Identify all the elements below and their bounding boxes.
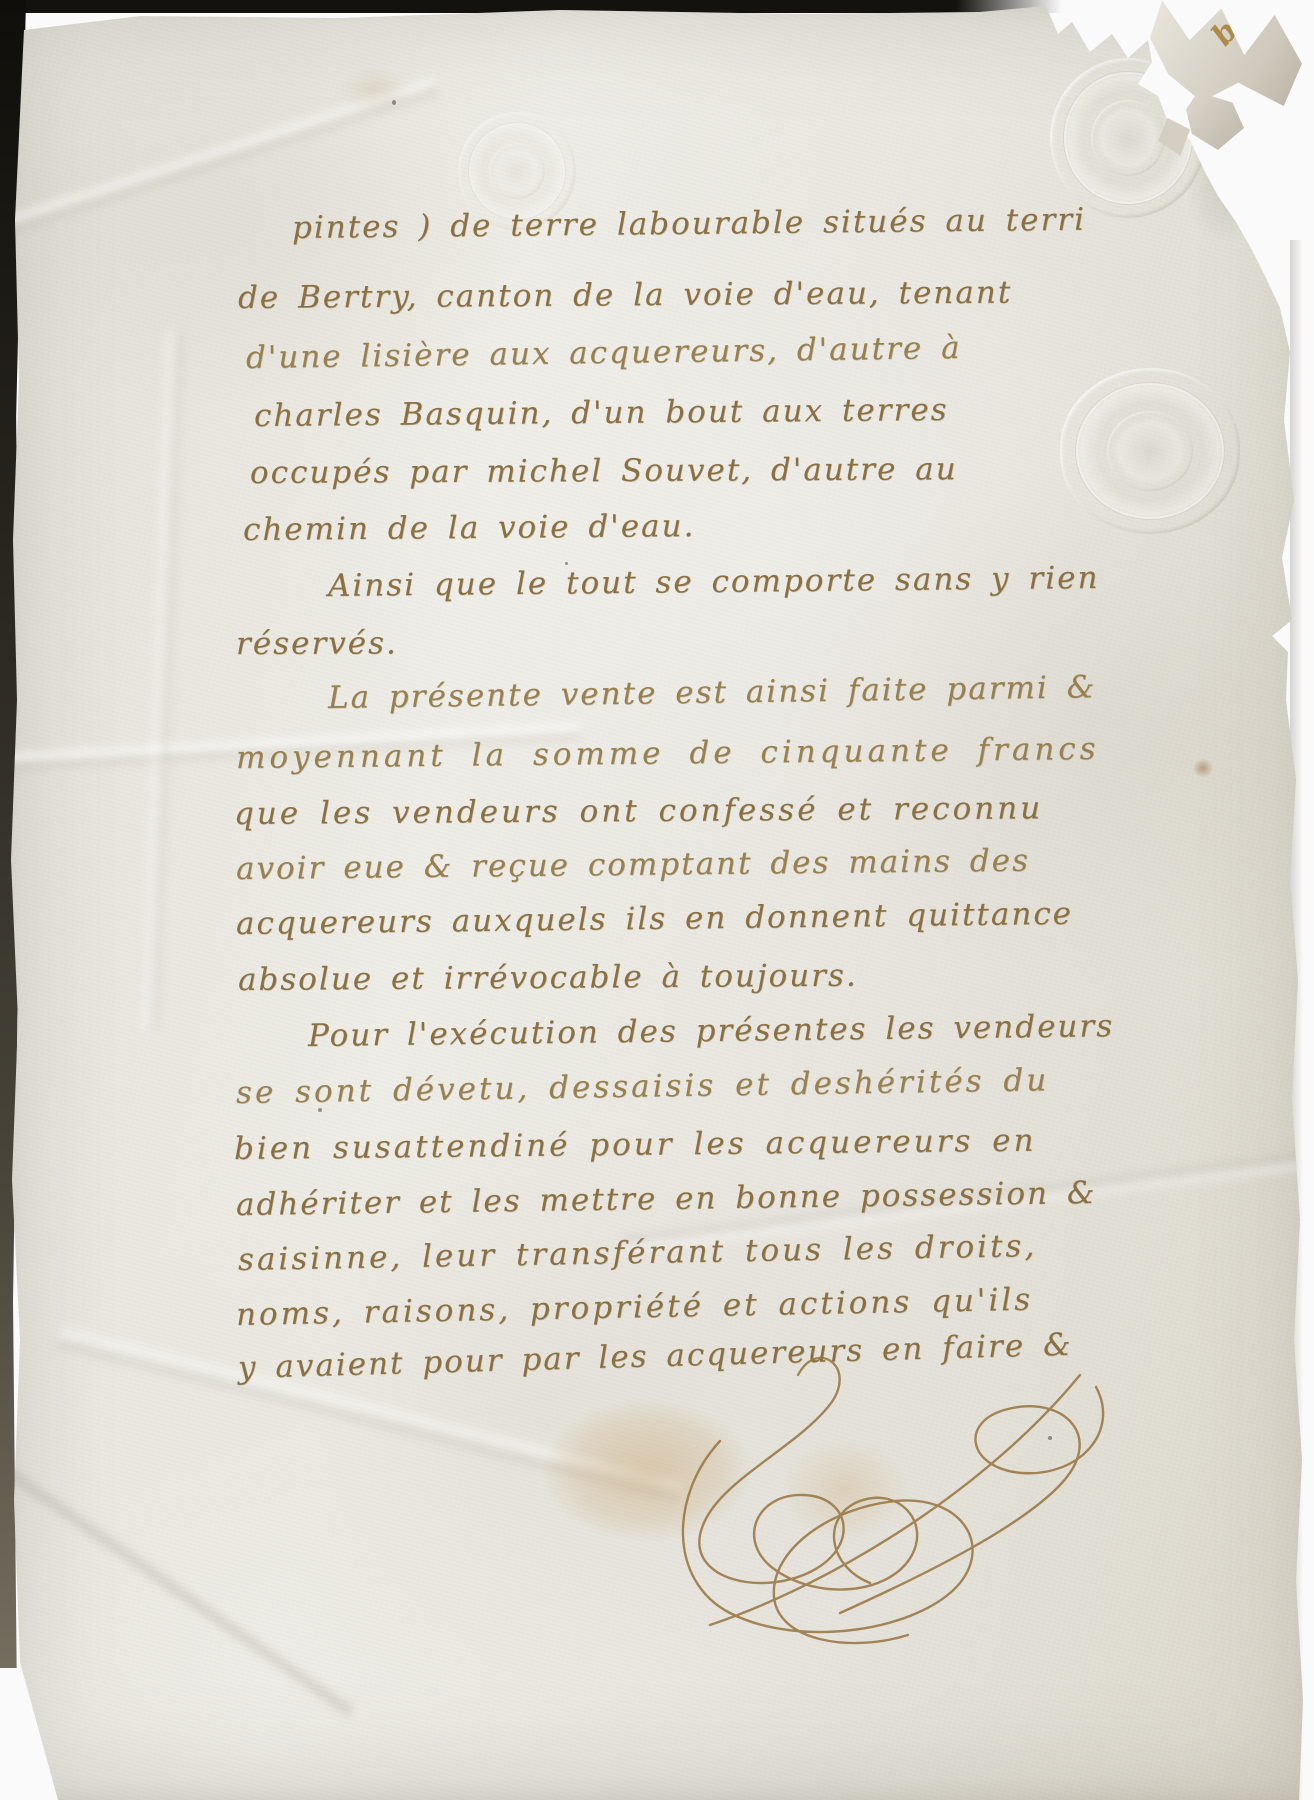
manuscript-line: avoir eue & reçue comptant des mains des (236, 843, 1030, 887)
paraph-flourish (560, 1345, 1140, 1655)
manuscript-line: de Bertry, canton de la voie d'eau, tena… (238, 275, 1012, 316)
corner-ink-mark: bl (1205, 2, 1255, 52)
manuscript-line: noms, raisons, propriété et actions qu'i… (236, 1282, 1034, 1333)
ink-stain (330, 60, 420, 120)
manuscript-line: La présente vente est ainsi faite parmi … (328, 669, 1097, 716)
paper-sheet: pintes ) de terre labourable situés au t… (0, 0, 1314, 1800)
scanner-edge-top (0, 0, 1062, 13)
ink-stain (1190, 756, 1216, 780)
manuscript-line: d'une lisière aux acquereurs, d'autre à (246, 330, 962, 376)
manuscript-line: pintes ) de terre labourable situés au t… (292, 202, 1086, 246)
manuscript-line: Pour l'exécution des présentes les vende… (308, 1008, 1115, 1054)
scanned-page: pintes ) de terre labourable situés au t… (0, 0, 1314, 1800)
manuscript-line: absolue et irrévocable à toujours. (238, 958, 858, 998)
manuscript-line: charles Basquin, d'un bout aux terres (254, 392, 949, 434)
torn-flap (1186, 92, 1244, 150)
embossed-seal-middle-icon (1060, 368, 1240, 534)
manuscript-line: Ainsi que le tout se comporte sans y rie… (328, 560, 1100, 604)
paper-fleck (392, 100, 396, 105)
manuscript-line: saisinne, leur transférant tous les droi… (238, 1228, 1038, 1278)
manuscript-line: que les vendeurs ont confessé et reconnu (234, 790, 1043, 832)
paper-crease (0, 1458, 356, 1719)
manuscript-line: occupés par michel Souvet, d'autre au (250, 451, 958, 491)
manuscript-line: moyennant la somme de cinquante francs (236, 731, 1100, 776)
manuscript-line: bien susattendiné pour les acquereurs en (234, 1123, 1037, 1167)
torn-flap: bl (1150, 0, 1302, 106)
paper-crease (138, 330, 188, 1030)
manuscript-line: se sont dévetu, dessaisis et deshérités … (236, 1062, 1050, 1111)
manuscript-line: réservés. (236, 625, 398, 662)
manuscript-line: chemin de la voie d'eau. (243, 508, 696, 548)
manuscript-line: adhériter et les mettre en bonne possess… (236, 1175, 1097, 1223)
manuscript-line: acquereurs auxquels ils en donnent quitt… (236, 896, 1073, 942)
